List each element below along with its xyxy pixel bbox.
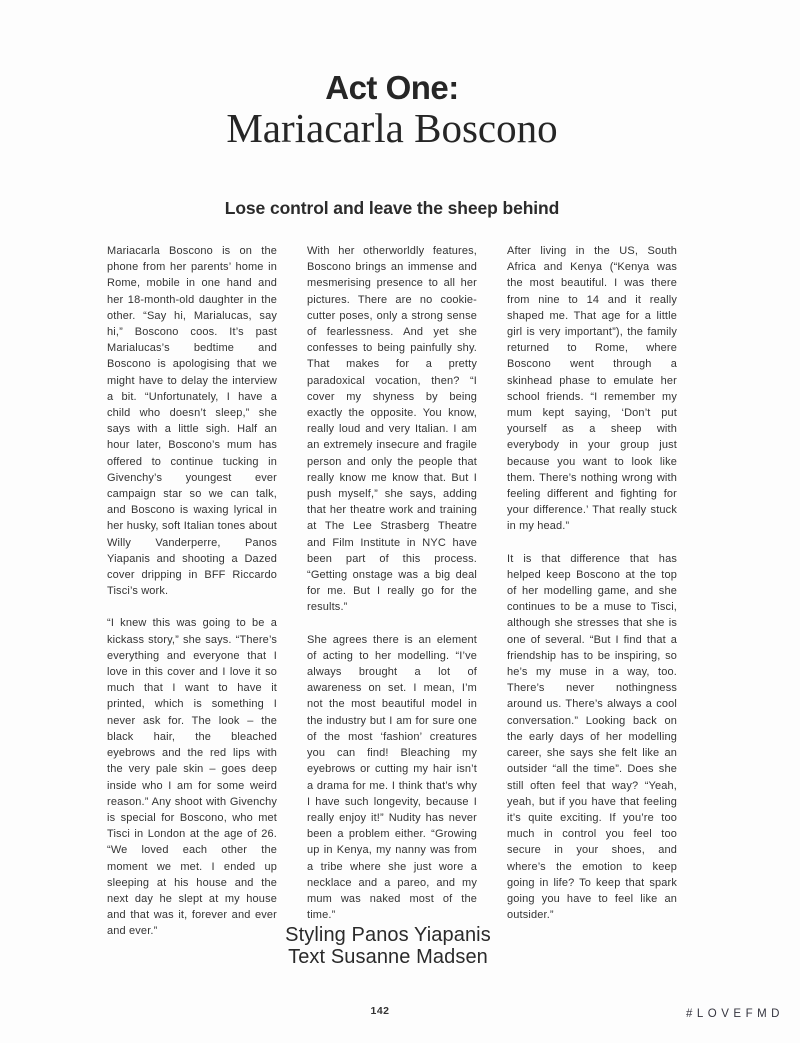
magazine-page: Act One: Mariacarla Boscono Lose control… <box>0 0 800 1043</box>
article-subtitle: Lose control and leave the sheep behind <box>107 198 677 218</box>
article-columns: Mariacarla Boscono is on the phone from … <box>107 243 677 891</box>
article-paragraph: With her otherworldly features, Boscono … <box>307 243 477 616</box>
article-title-act: Act One: <box>107 70 677 106</box>
article-paragraph: She agrees there is an element of acting… <box>307 632 477 924</box>
page-number: 142 <box>0 1005 760 1017</box>
article-paragraph: “I knew this was going to be a kickass s… <box>107 615 277 939</box>
credit-text: Text Susanne Madsen <box>103 947 673 969</box>
page-content: Act One: Mariacarla Boscono Lose control… <box>107 0 677 891</box>
article-column-3: After living in the US, South Africa and… <box>507 243 677 891</box>
article-paragraph: It is that difference that has helped ke… <box>507 551 677 924</box>
lovefmd-watermark: #LOVEFMD <box>686 1008 784 1020</box>
article-paragraph: Mariacarla Boscono is on the phone from … <box>107 243 277 599</box>
article-column-2: With her otherworldly features, Boscono … <box>307 243 477 891</box>
article-title-name: Mariacarla Boscono <box>107 106 677 150</box>
article-paragraph: After living in the US, South Africa and… <box>507 243 677 535</box>
credits-block: Styling Panos Yiapanis Text Susanne Mads… <box>103 925 673 968</box>
credit-styling: Styling Panos Yiapanis <box>103 925 673 947</box>
article-column-1: Mariacarla Boscono is on the phone from … <box>107 243 277 891</box>
